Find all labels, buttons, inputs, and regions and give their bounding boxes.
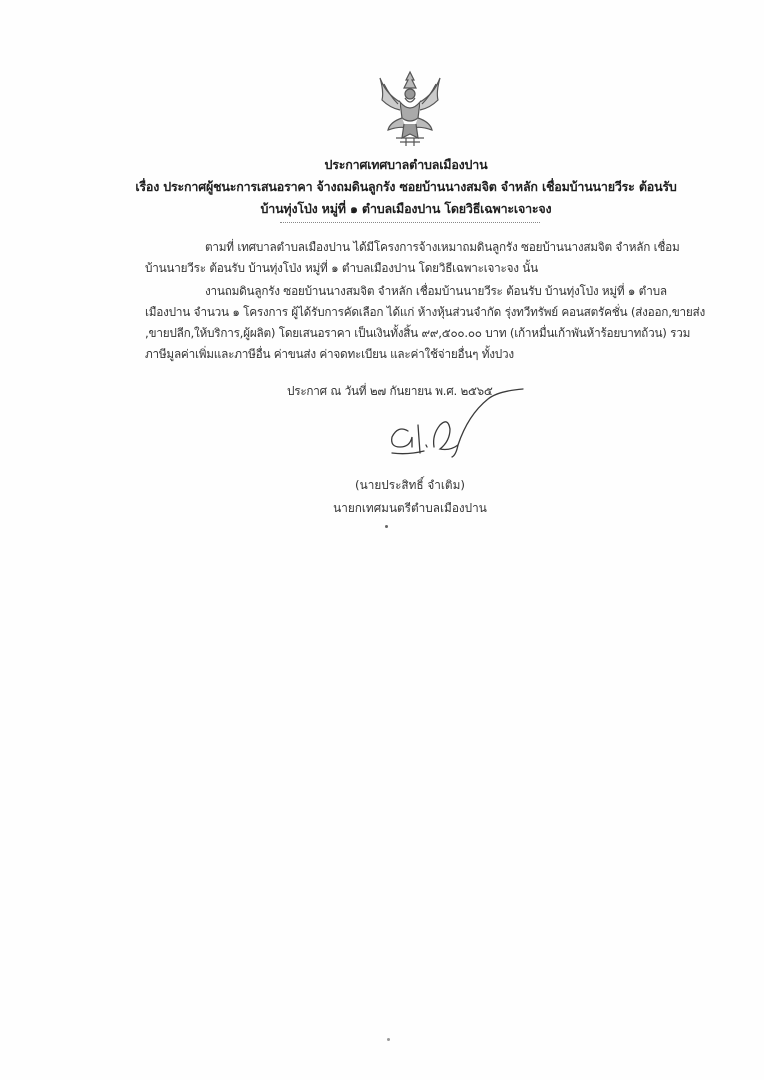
org-heading: ประกาศเทศบาลตำบลเมืองปาน (24, 155, 764, 175)
paragraph-1-line-2: บ้านนายวีระ ต้อนรับ บ้านทุ่งโป่ง หมู่ที่… (145, 259, 538, 278)
subject-line-1: เรื่อง ประกาศผู้ชนะการเสนอราคา จ้างถมดิน… (24, 177, 764, 197)
header-divider (280, 222, 540, 223)
scan-speck (387, 1038, 390, 1041)
scan-speck (385, 525, 388, 528)
paragraph-2-line-1: งานถมดินลูกรัง ซอยบ้านนางสมจิต จำหลัก เช… (205, 282, 667, 301)
paragraph-2-line-3: ,ขายปลีก,ให้บริการ,ผู้ผลิต) โดยเสนอราคา … (145, 324, 690, 343)
subject-line-2: บ้านทุ่งโป่ง หมู่ที่ ๑ ตำบลเมืองปาน โดยว… (24, 199, 764, 219)
garuda-emblem-icon (370, 66, 450, 150)
handwritten-signature-icon (378, 385, 528, 465)
signer-name: (นายประสิทธิ์ จำเติม) (28, 476, 764, 495)
paragraph-1-line-1: ตามที่ เทศบาลตำบลเมืองปาน ได้มีโครงการจ้… (205, 238, 680, 257)
paragraph-2-line-2: เมืองปาน จำนวน ๑ โครงการ ผู้ได้รับการคัด… (145, 303, 705, 322)
paragraph-2-line-4: ภาษีมูลค่าเพิ่มและภาษีอื่น ค่าขนส่ง ค่าจ… (145, 345, 514, 364)
signer-title: นายกเทศมนตรีตำบลเมืองปาน (28, 499, 764, 518)
document-page: ประกาศเทศบาลตำบลเมืองปาน เรื่อง ประกาศผู… (0, 0, 764, 1080)
